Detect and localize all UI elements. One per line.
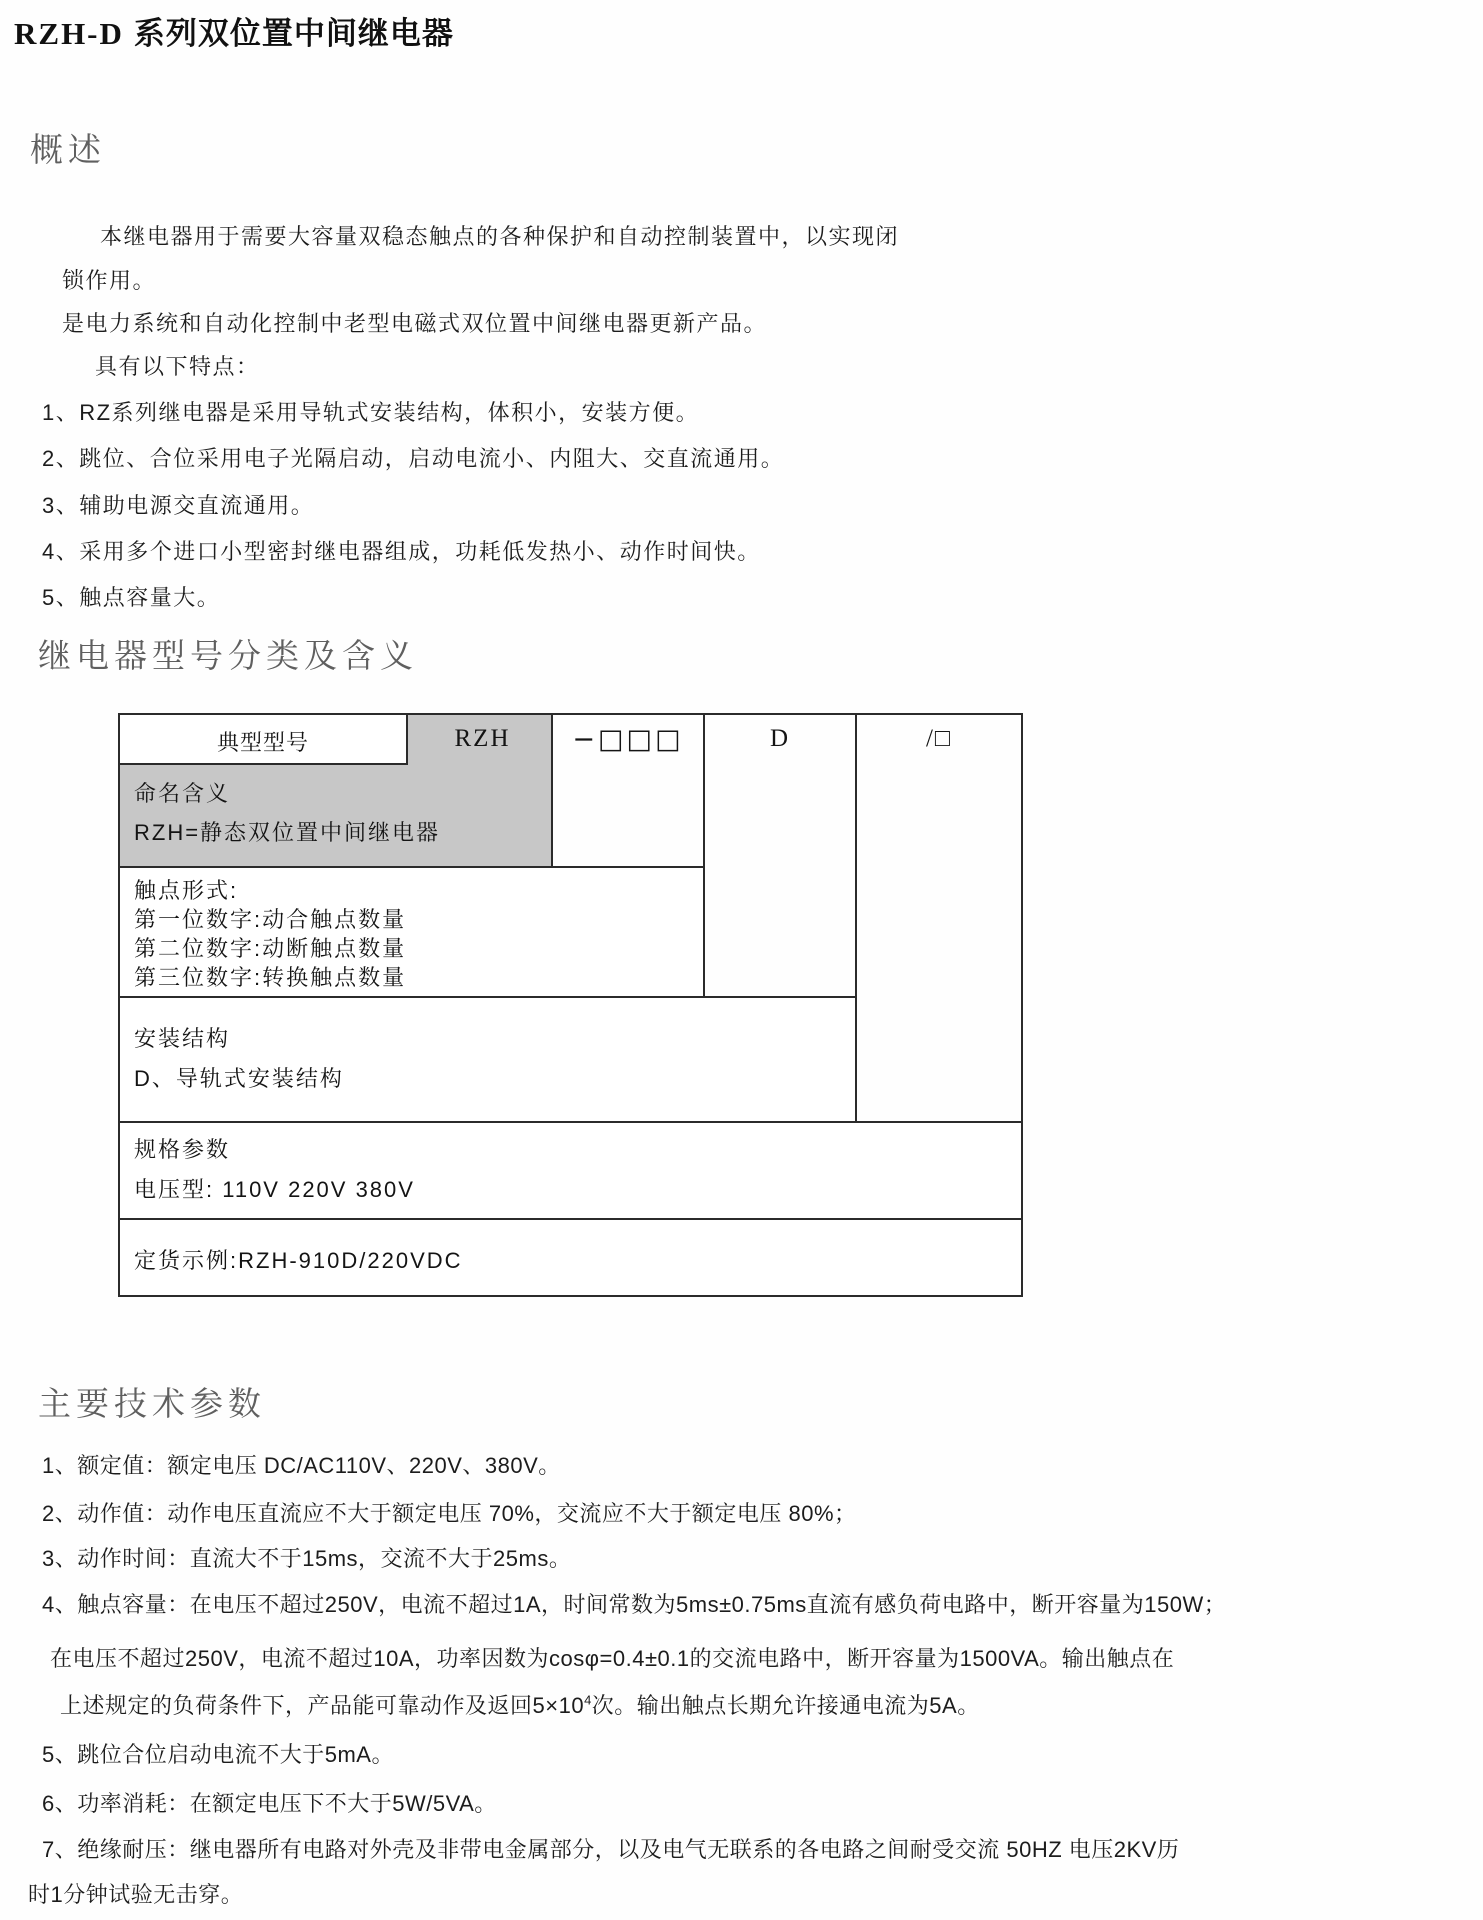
feature-item: 4、采用多个进口小型密封继电器组成，功耗低发热小、动作时间快。 [42,535,761,566]
model-suffix-cell: /□ [857,725,1021,753]
section-heading-model-classification: 继电器型号分类及含义 [38,630,418,677]
naming-meaning-value: RZH=静态双位置中间继电器 [134,816,440,847]
tech-param-line: 1、额定值：额定电压 DC/AC110V、220V、380V。 [42,1449,561,1480]
tech-param-sup-pre: 上述规定的负荷条件下，产品能可靠动作及返回5×10 [60,1693,584,1718]
contacts-line: 第二位数字:动断触点数量 [134,932,406,963]
diagram-typical-model-cell: 典型型号 [118,713,408,765]
diagram-contacts-box: 触点形式: 第一位数字:动合触点数量 第二位数字:动断触点数量 第三位数字:转换… [118,866,705,998]
tech-param-line-superscript: 上述规定的负荷条件下，产品能可靠动作及返回5×104次。输出触点长期允许接通电流… [60,1689,980,1720]
document-page: RZH-D系列双位置中间继电器 概述 本继电器用于需要大容量双稳态触点的各种保护… [0,0,1483,1920]
tech-param-line: 2、动作值：动作电压直流应不大于额定电压 70%，交流应不大于额定电压 80%； [42,1497,857,1528]
section-heading-tech-params: 主要技术参数 [38,1378,266,1425]
naming-meaning-label: 命名含义 [134,777,230,808]
tech-param-line: 4、触点容量：在电压不超过250V，电流不超过1A，时间常数为5ms±0.75m… [42,1588,1226,1619]
mounting-label: 安装结构 [134,1022,230,1053]
page-title-text: 系列双位置中间继电器 [134,16,454,51]
diagram-digits-column: −□□□ [553,713,705,868]
contacts-line: 触点形式: [134,874,238,905]
spec-value: 电压型: 110V 220V 380V [134,1173,415,1204]
diagram-spec-box: 规格参数 电压型: 110V 220V 380V [118,1121,1023,1220]
tech-param-exponent: 4 [584,1693,592,1708]
model-prefix-cell: RZH [410,725,555,753]
diagram-mount-column: D [705,713,857,998]
contacts-line: 第三位数字:转换触点数量 [134,961,406,992]
tech-param-line: 在电压不超过250V，电流不超过10A，功率因数为cosφ=0.4±0.1的交流… [50,1642,1174,1673]
feature-item: 5、触点容量大。 [42,581,220,612]
diagram-mounting-box: 安装结构 D、导轨式安装结构 [118,996,857,1123]
model-mount-cell: D [705,725,855,753]
model-digits-cell: −□□□ [553,724,703,755]
typical-model-label: 典型型号 [120,726,406,757]
diagram-order-example-box: 定货示例:RZH-910D/220VDC [118,1218,1023,1297]
section-heading-overview: 概述 [30,124,106,171]
spec-label: 规格参数 [134,1133,230,1164]
order-example-value: 定货示例:RZH-910D/220VDC [134,1244,463,1275]
overview-features-intro: 具有以下特点： [95,350,260,381]
overview-paragraph-line: 锁作用。 [62,264,156,295]
overview-paragraph-line: 本继电器用于需要大容量双稳态触点的各种保护和自动控制装置中，以实现闭 [100,220,899,251]
tech-param-line: 6、功率消耗：在额定电压下不大于5W/5VA。 [42,1787,497,1818]
tech-param-sup-post: 次。输出触点长期允许接通电流为5A。 [592,1693,980,1718]
page-title: RZH-D系列双位置中间继电器 [14,8,454,53]
mounting-value: D、导轨式安装结构 [134,1062,344,1093]
overview-paragraph-line: 是电力系统和自动化控制中老型电磁式双位置中间继电器更新产品。 [62,307,767,338]
feature-item: 2、跳位、合位采用电子光隔启动，启动电流小、内阻大、交直流通用。 [42,442,784,473]
tech-param-line: 时1分钟试验无击穿。 [28,1878,243,1909]
tech-param-line: 3、动作时间：直流大不于15ms，交流不大于25ms。 [42,1542,571,1573]
tech-param-line: 7、绝缘耐压：继电器所有电路对外壳及非带电金属部分，以及电气无联系的各电路之间耐… [42,1833,1179,1864]
page-title-model-code: RZH-D [14,16,124,51]
contacts-line: 第一位数字:动合触点数量 [134,903,406,934]
tech-param-line: 5、跳位合位启动电流不大于5mA。 [42,1738,394,1769]
feature-item: 3、辅助电源交直流通用。 [42,489,314,520]
feature-item: 1、RZ系列继电器是采用导轨式安装结构，体积小，安装方便。 [42,396,699,427]
diagram-suffix-column: /□ [857,713,1023,1123]
